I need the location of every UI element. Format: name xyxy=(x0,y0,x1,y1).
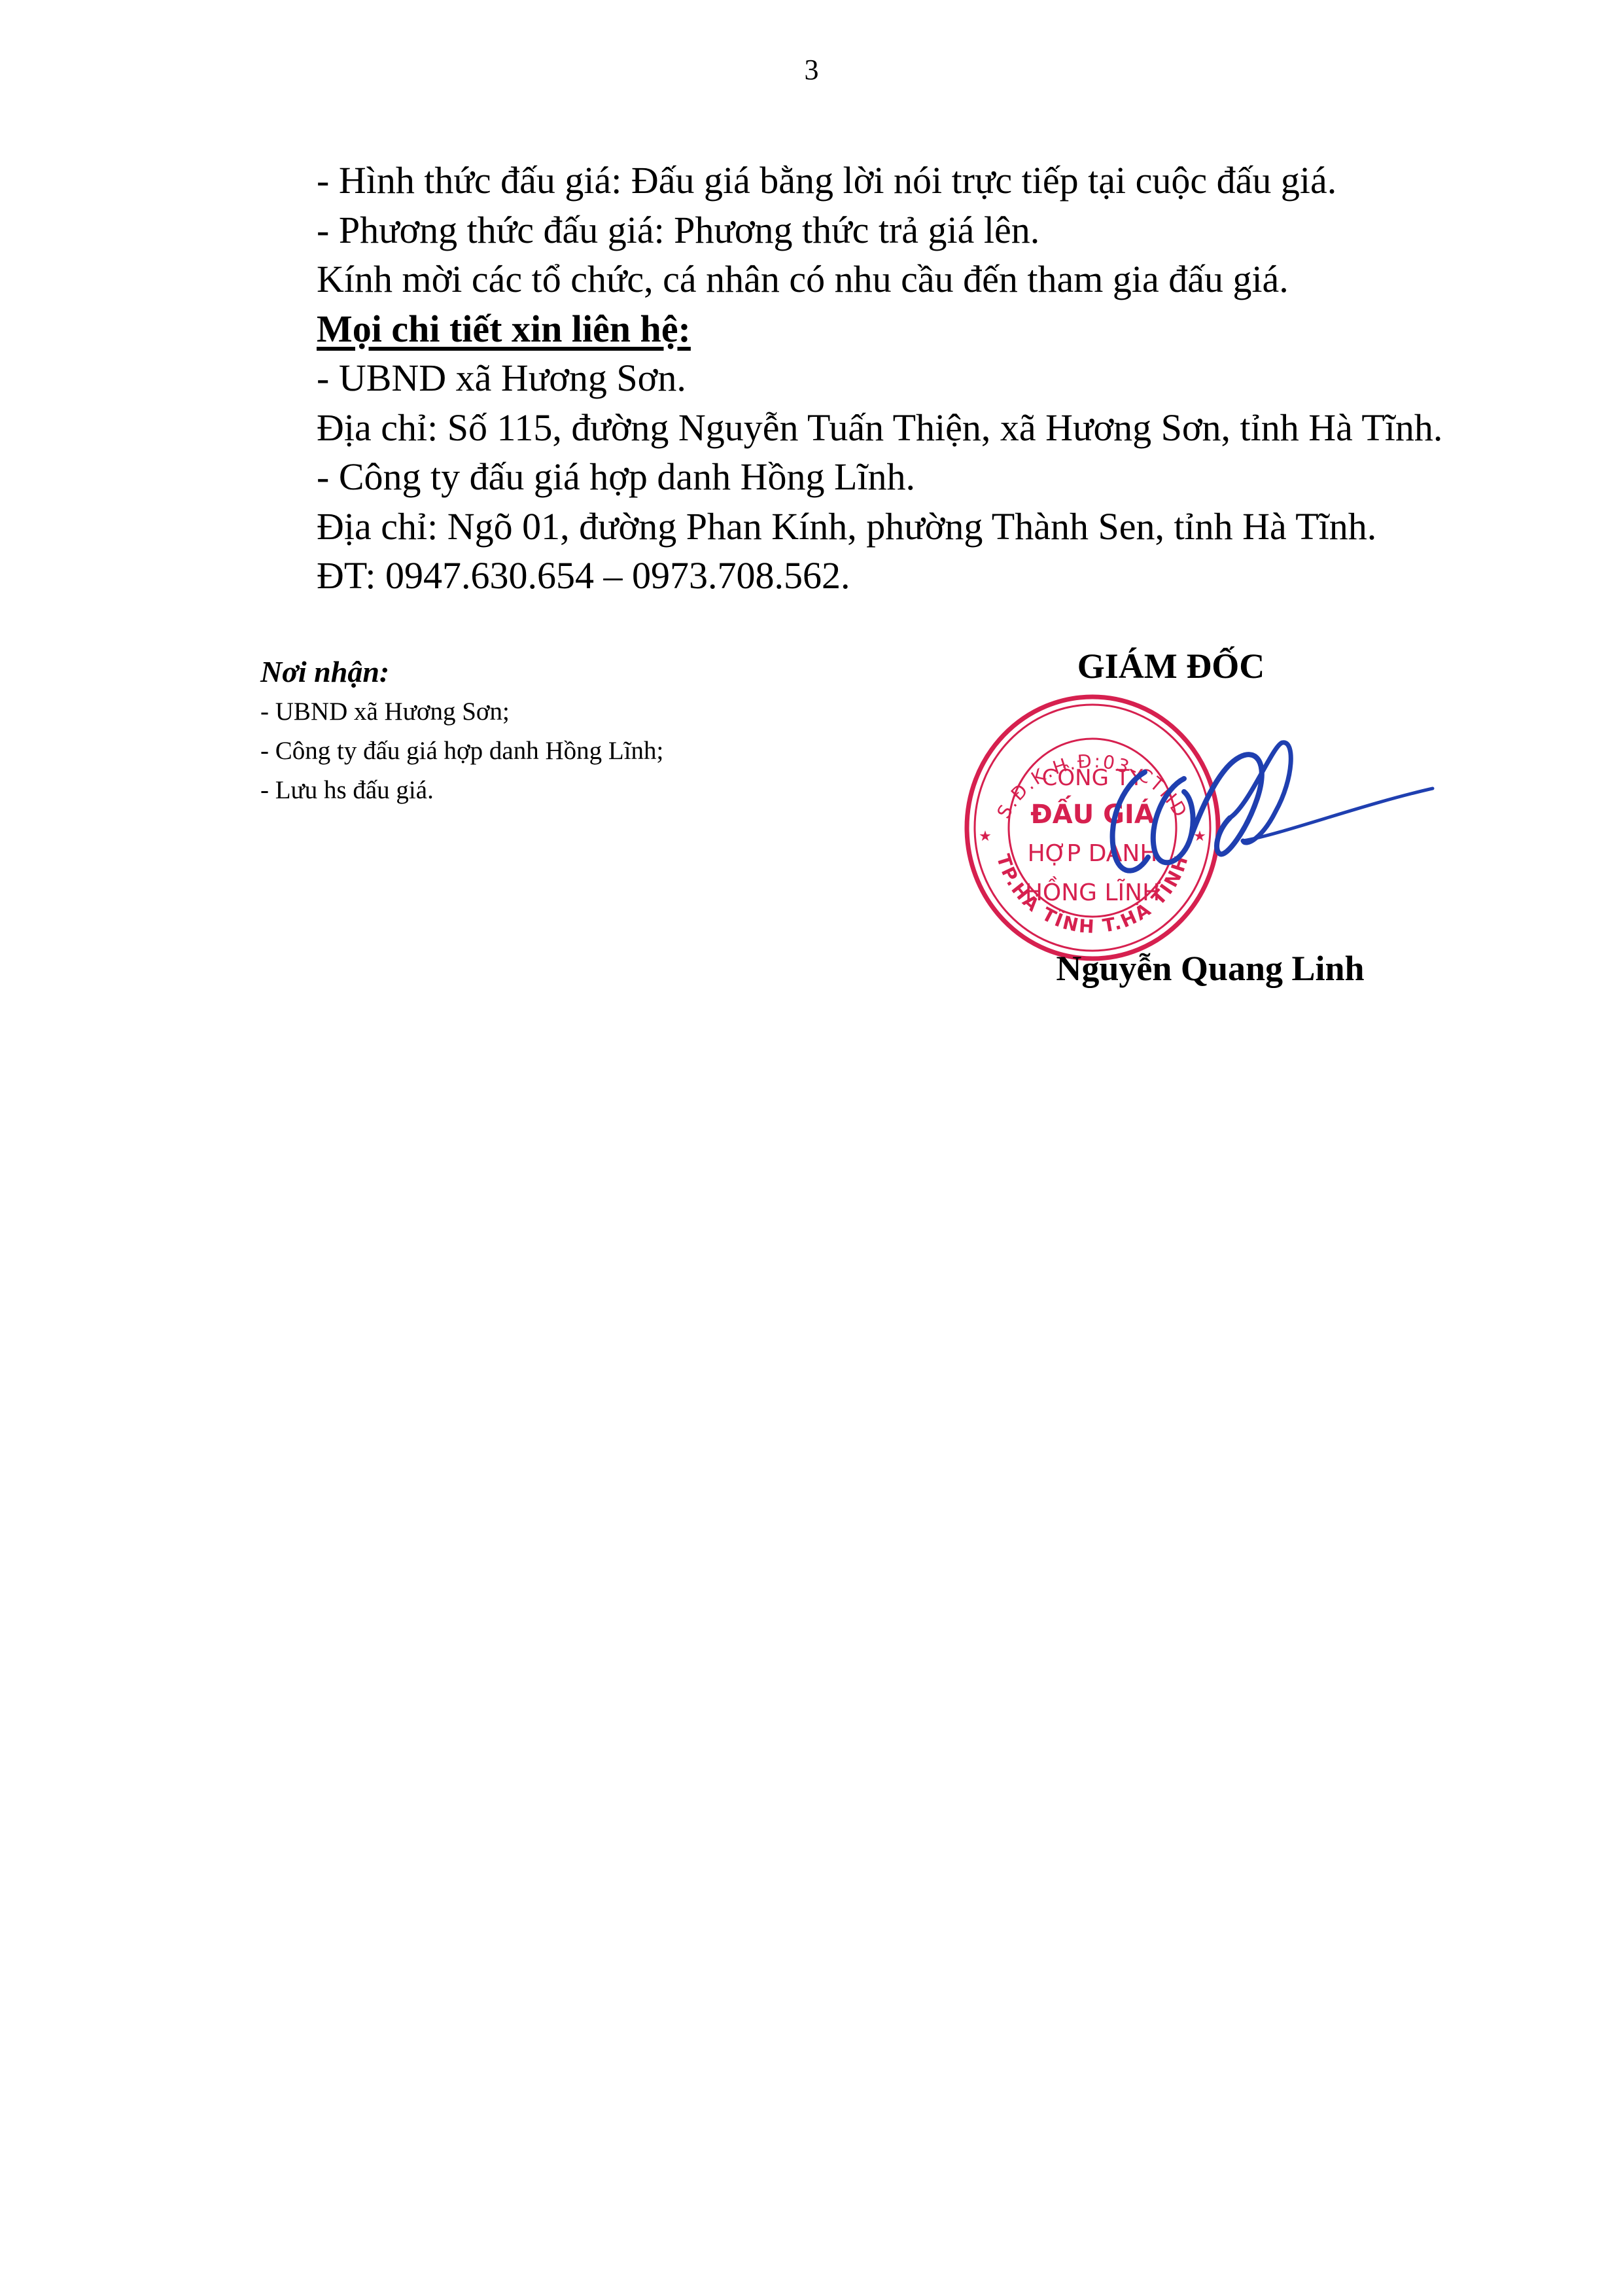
recipients-block: Nơi nhận: - UBND xã Hương Sơn; - Công ty… xyxy=(260,652,849,810)
auction-form-line: - Hình thức đấu giá: Đấu giá bằng lời nó… xyxy=(317,156,1494,205)
recipient-item: - UBND xã Hương Sơn; xyxy=(260,692,849,732)
contact-phone: ĐT: 0947.630.654 – 0973.708.562. xyxy=(317,551,1494,601)
signer-title-text: GIÁM ĐỐC xyxy=(1077,645,1265,687)
recipient-item: - Lưu hs đấu giá. xyxy=(260,771,849,810)
invitation-line: Kính mời các tổ chức, cá nhân có nhu cầu… xyxy=(317,255,1494,304)
contact-company-address: Địa chỉ: Ngõ 01, đường Phan Kính, phường… xyxy=(317,502,1494,552)
contact-company: - Công ty đấu giá hợp danh Hồng Lĩnh. xyxy=(317,452,1494,502)
contact-heading: Mọi chi tiết xin liên hệ: xyxy=(317,304,1494,354)
recipient-item: - Công ty đấu giá hợp danh Hồng Lĩnh; xyxy=(260,732,849,771)
recipients-title: Nơi nhận: xyxy=(260,652,849,692)
contact-ubnd: - UBND xã Hương Sơn. xyxy=(317,353,1494,403)
signer-title: GIÁM ĐỐC xyxy=(929,645,1426,687)
page-number: 3 xyxy=(0,54,1623,86)
signature-block: GIÁM ĐỐC S.Đ.K.H.Đ:03-CTHD TP.HÀ TĨNH T.… xyxy=(929,628,1426,1021)
contact-ubnd-address: Địa chỉ: Số 115, đường Nguyễn Tuấn Thiện… xyxy=(317,403,1494,453)
auction-method-line: - Phương thức đấu giá: Phương thức trả g… xyxy=(317,205,1494,255)
handwritten-signature-icon xyxy=(1086,726,1439,896)
body-text: - Hình thức đấu giá: Đấu giá bằng lời nó… xyxy=(317,156,1494,601)
svg-text:★: ★ xyxy=(979,828,992,844)
signer-name: Nguyễn Quang Linh xyxy=(994,947,1426,989)
